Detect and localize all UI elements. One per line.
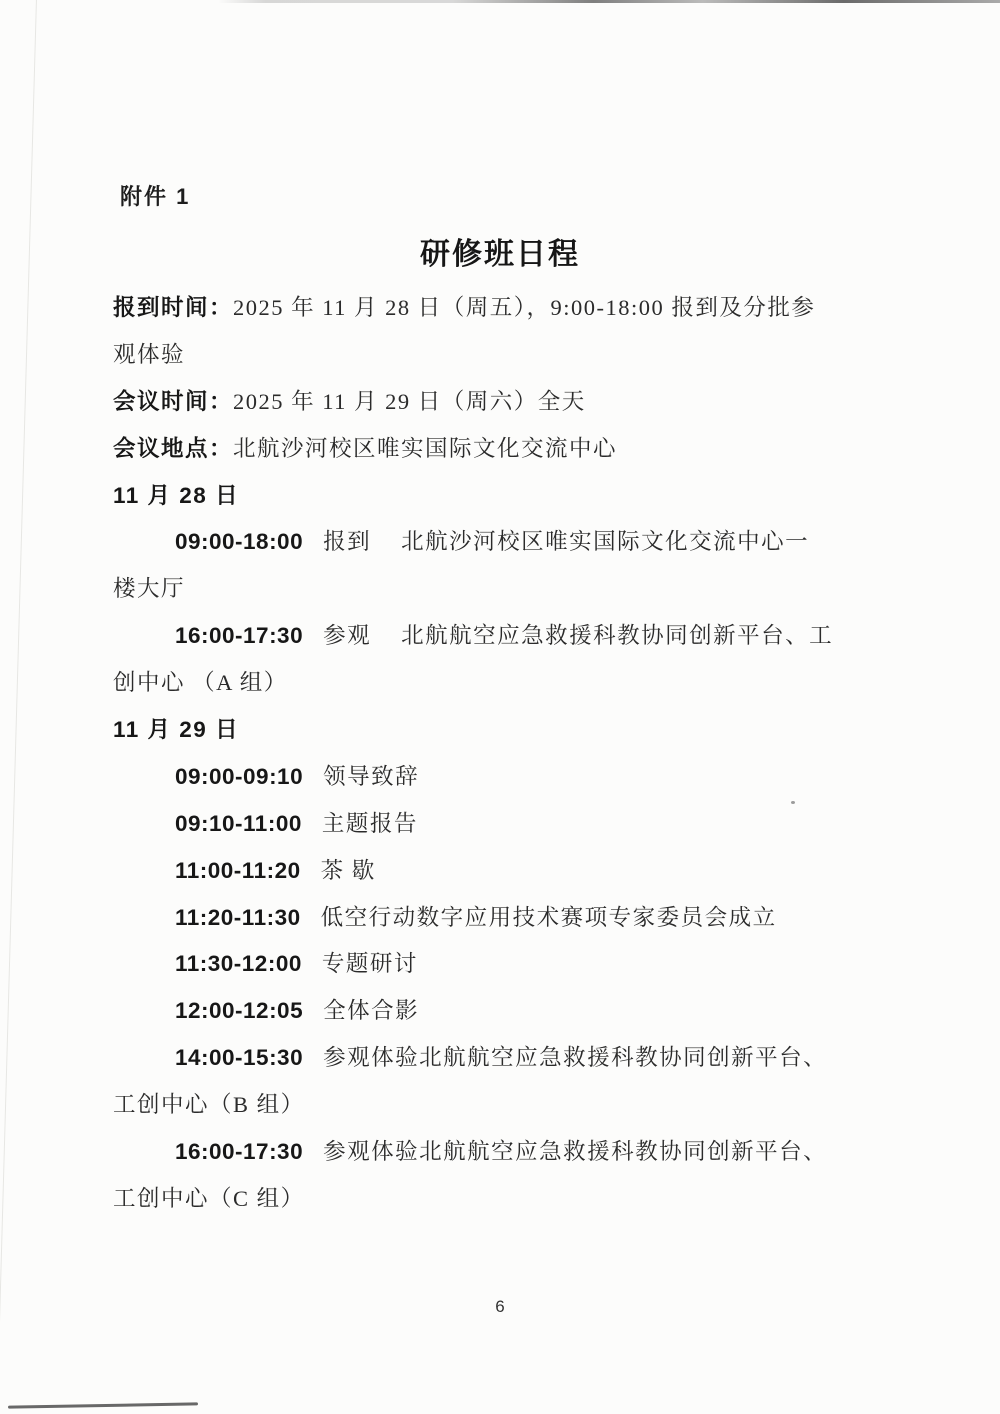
activity-text: 创中心 （A 组） [113,670,288,695]
time-range: 16:00-17:30 [175,623,303,648]
info-label: 报到时间： [113,295,233,320]
activity-text: 全体合影 [323,998,419,1023]
info-line-continuation: 观体验 [113,332,893,379]
scan-edge-artifact-top [218,0,1000,3]
time-range: 09:00-09:10 [175,764,303,789]
schedule-line-continuation: 工创中心（C 组） [113,1176,893,1223]
activity-text: 茶 歇 [321,858,376,883]
time-range: 12:00-12:05 [175,998,303,1023]
schedule-line: 16:00-17:30参观体验北航航空应急救援科教协同创新平台、 [113,1129,893,1176]
document-title: 研修班日程 [0,229,1000,273]
page-number: 6 [0,1297,1000,1317]
date-label: 11 月 28 日 [113,483,239,508]
activity-text: 参观体验北航航空应急救援科教协同创新平台、 [323,1139,827,1164]
activity-text: 专题研讨 [322,951,418,976]
schedule-line: 12:00-12:05全体合影 [113,988,893,1035]
attachment-label: 附件 1 [120,180,190,211]
time-range: 09:10-11:00 [175,811,302,836]
time-range: 09:00-18:00 [175,529,303,554]
schedule-line: 11:00-11:20茶 歇 [113,848,893,895]
info-text: 2025 年 11 月 28 日（周五），9:00-18:00 报到及分批参 [233,295,815,320]
date-label: 11 月 29 日 [113,717,239,742]
schedule-line: 09:00-18:00报到北航沙河校区唯实国际文化交流中心一 [113,519,893,566]
activity-detail: 北航沙河校区唯实国际文化交流中心一 [401,529,809,554]
scan-crease-line [0,0,37,1414]
info-line-registration-time: 报到时间：2025 年 11 月 28 日（周五），9:00-18:00 报到及… [113,285,893,332]
info-line-meeting-place: 会议地点：北航沙河校区唯实国际文化交流中心 [113,426,893,473]
schedule-date-heading: 11 月 28 日 [113,473,893,520]
schedule-line-continuation: 楼大厅 [113,566,893,613]
schedule-line: 09:00-09:10领导致辞 [113,754,893,801]
activity-text: 领导致辞 [323,764,419,789]
activity-text: 楼大厅 [113,576,185,601]
activity-text: 主题报告 [322,811,418,836]
schedule-line: 11:20-11:30低空行动数字应用技术赛项专家委员会成立 [113,895,893,942]
document-body: 报到时间：2025 年 11 月 28 日（周五），9:00-18:00 报到及… [113,285,893,1223]
activity-text: 参观体验北航航空应急救援科教协同创新平台、 [323,1045,827,1070]
info-line-meeting-time: 会议时间：2025 年 11 月 29 日（周六）全天 [113,379,893,426]
schedule-line: 14:00-15:30参观体验北航航空应急救援科教协同创新平台、 [113,1035,893,1082]
activity-text: 低空行动数字应用技术赛项专家委员会成立 [321,905,777,930]
document-page: 附件 1 研修班日程 报到时间：2025 年 11 月 28 日（周五），9:0… [0,0,1000,1414]
schedule-line: 09:10-11:00主题报告 [113,801,893,848]
info-label: 会议地点： [113,436,233,461]
activity-text: 参观 [323,623,371,648]
schedule-line: 11:30-12:00专题研讨 [113,941,893,988]
schedule-line: 16:00-17:30参观北航航空应急救援科教协同创新平台、工 [113,613,893,660]
activity-text: 报到 [323,529,371,554]
activity-text: 工创中心（C 组） [113,1186,305,1211]
time-range: 14:00-15:30 [175,1045,303,1070]
info-text: 北航沙河校区唯实国际文化交流中心 [233,436,617,461]
activity-detail: 北航航空应急救援科教协同创新平台、工 [401,623,833,648]
schedule-date-heading: 11 月 29 日 [113,707,893,754]
time-range: 16:00-17:30 [175,1139,303,1164]
info-label: 会议时间： [113,389,233,414]
activity-text: 工创中心（B 组） [113,1092,305,1117]
info-text: 2025 年 11 月 29 日（周六）全天 [233,389,586,414]
time-range: 11:00-11:20 [175,858,301,883]
time-range: 11:30-12:00 [175,951,302,976]
schedule-line-continuation: 工创中心（B 组） [113,1082,893,1129]
info-text: 观体验 [113,342,185,367]
scan-edge-artifact-bottom [8,1402,198,1408]
schedule-line-continuation: 创中心 （A 组） [113,660,893,707]
time-range: 11:20-11:30 [175,905,301,930]
